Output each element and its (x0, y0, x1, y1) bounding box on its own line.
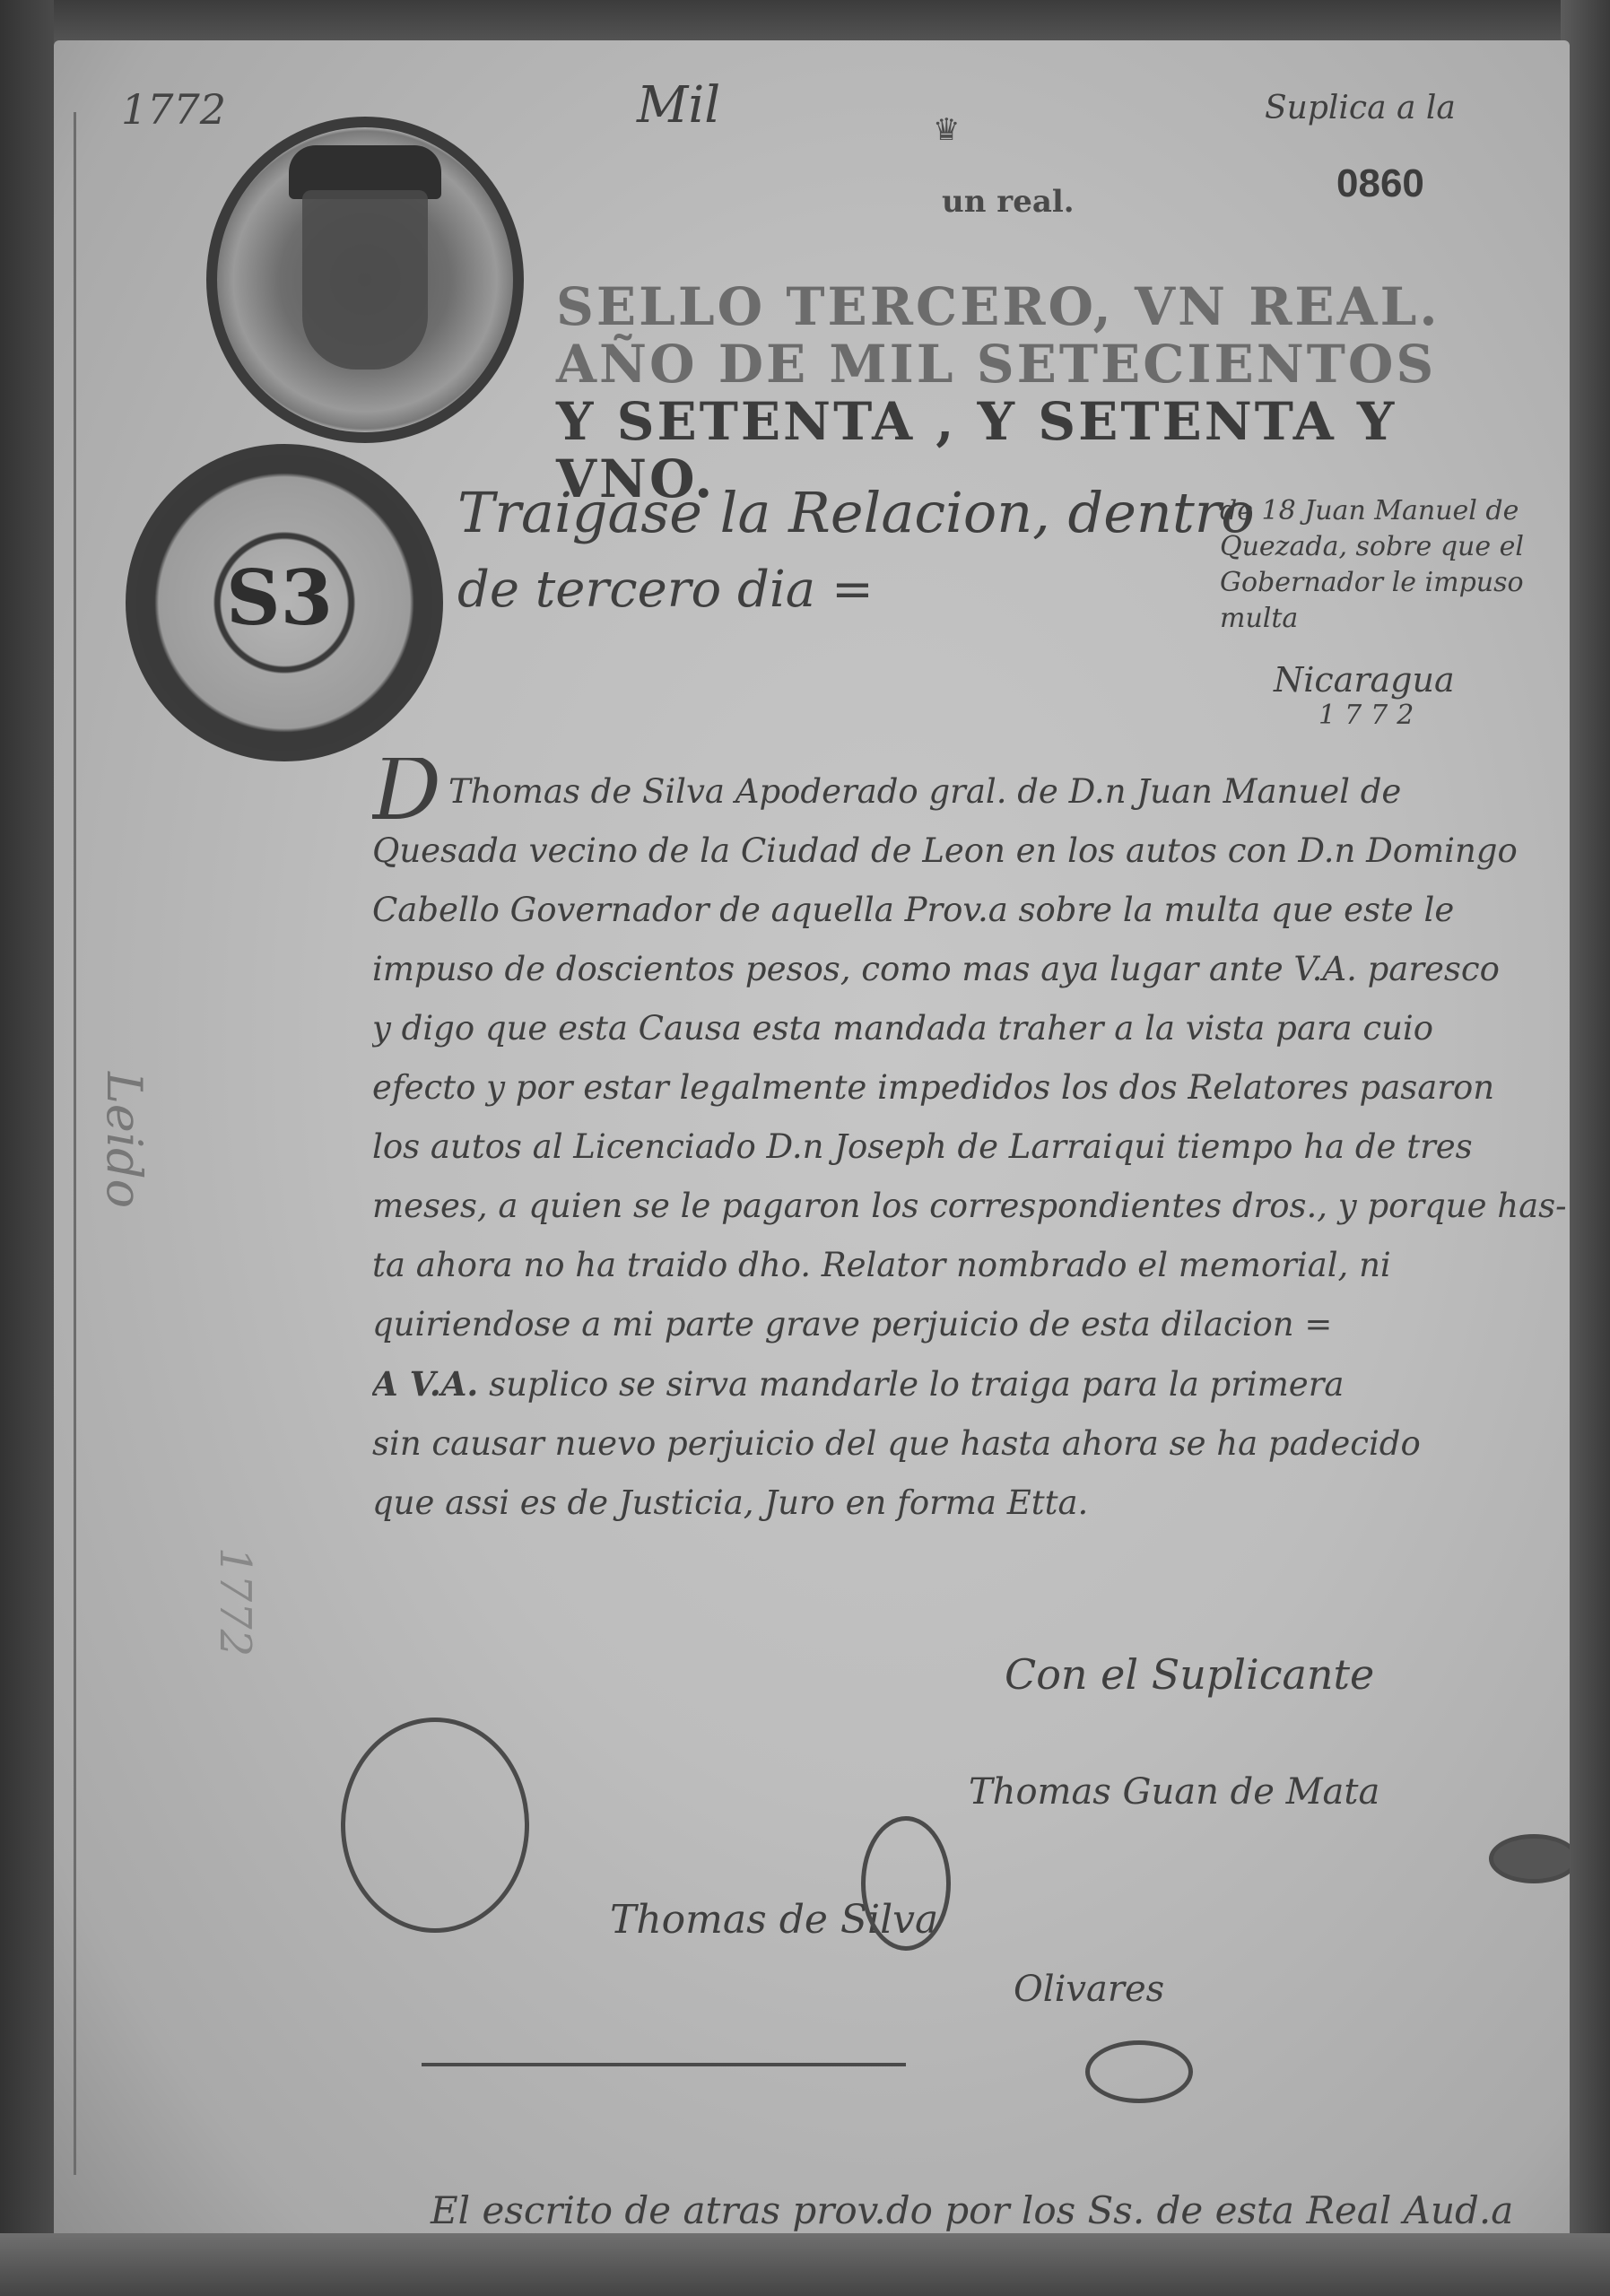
serial-number: 0860 (1336, 161, 1424, 206)
decree-line-2: de tercero dia = (457, 561, 874, 619)
body-line: quiriendose a mi parte grave perjuicio d… (372, 1295, 1565, 1354)
margin-summary: de 18 Juan Manuel de Quezada, sobre que … (1220, 493, 1543, 734)
stamp-line: SELLO TERCERO, VN REAL. (556, 278, 1453, 335)
signature-1: Thomas Guan de Mata (969, 1771, 1379, 1813)
binding-edge (54, 112, 76, 2175)
body-line: Quesada vecino de la Ciudad de Leon en l… (372, 822, 1565, 881)
scan-frame-left (0, 0, 54, 2296)
closing-formula: Con el Suplicante (1005, 1650, 1374, 1699)
body-line: efecto y por estar legalmente impedidos … (372, 1058, 1565, 1118)
vertical-margin-note-2: 1772 (210, 1547, 260, 1657)
prayer-line: que assi es de Justicia, Juro en forma E… (372, 1474, 1565, 1533)
note-top-right: Suplica a la (1265, 90, 1456, 126)
body-line: meses, a quien se le pagaron los corresp… (372, 1177, 1565, 1236)
year-top-left: 1772 (121, 85, 226, 134)
fiscal-seal-center: S3 (226, 553, 333, 642)
stamp-line: Y SETENTA , Y SETENTA Y (556, 393, 1453, 450)
stamp-line: AÑO DE MIL SETECIENTOS (556, 335, 1453, 393)
petition-body: DThomas de Silva Apoderado gral. de D.n … (372, 758, 1565, 1533)
vertical-margin-note-1: Leido (96, 1072, 152, 1208)
margin-summary-text: de 18 Juan Manuel de Quezada, sobre que … (1220, 495, 1524, 634)
body-line: ta ahora no ha traido dho. Relator nombr… (372, 1236, 1565, 1295)
rubric-icon (1489, 1834, 1570, 1883)
body-line: y digo que esta Causa esta mandada trahe… (372, 999, 1565, 1058)
signature-flourish-icon (861, 1816, 951, 1951)
prayer-line: A V.A. suplico se sirva mandarle lo trai… (372, 1354, 1565, 1414)
body-line: Cabello Governador de aquella Prov.a sob… (372, 881, 1565, 940)
fiscal-seal-icon: S3 (126, 444, 443, 761)
drop-cap: D (372, 758, 441, 822)
body-line: impuso de doscientos pesos, como mas aya… (372, 940, 1565, 999)
royal-seal-icon (206, 117, 524, 443)
signature-flourish-icon (341, 1718, 529, 1933)
decree-line-1: Traigase la Relacion, dentro (457, 480, 1255, 545)
prayer-mark: A V.A. (372, 1364, 478, 1404)
mark-top-center: Mil (637, 76, 720, 135)
prayer-line: sin causar nuevo perjuicio del que hasta… (372, 1414, 1565, 1474)
body-line: DThomas de Silva Apoderado gral. de D.n … (372, 758, 1565, 822)
footer-note: El escrito de atras prov.do por los Ss. … (431, 2188, 1513, 2232)
stamp-value: un real. (942, 184, 1075, 220)
signature-rule (422, 2063, 906, 2066)
stamped-paper-heading: SELLO TERCERO, VN REAL. AÑO DE MIL SETEC… (556, 278, 1453, 508)
document-page: 1772 Mil ♛ Suplica a la 0860 un real. S3… (54, 40, 1570, 2247)
scan-frame-bottom (0, 2233, 1610, 2296)
shield-icon (302, 190, 428, 370)
body-line: los autos al Licenciado D.n Joseph de La… (372, 1118, 1565, 1177)
crest-icon: ♛ (933, 112, 960, 148)
signature-3: Olivares (1014, 1969, 1164, 2010)
margin-summary-year: 1772 (1318, 698, 1543, 734)
rubric-icon (1085, 2040, 1193, 2103)
margin-summary-place: Nicaragua (1274, 662, 1543, 698)
